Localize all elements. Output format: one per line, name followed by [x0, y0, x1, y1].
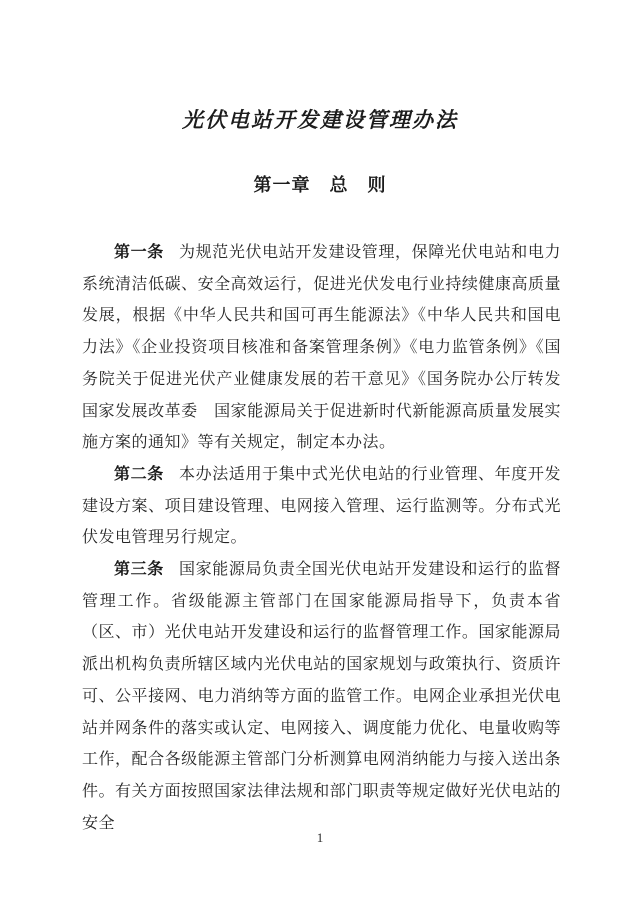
article-number: 第二条	[114, 466, 164, 483]
chapter-heading: 第一章 总 则	[0, 174, 640, 196]
article-paragraph: 第三条国家能源局负责全国光伏电站开发建设和运行的监督管理工作。省级能源主管部门在…	[82, 554, 561, 839]
document-page: 光伏电站开发建设管理办法 第一章 总 则 第一条为规范光伏电站开发建设管理，保障…	[0, 0, 640, 905]
article-text: 为规范光伏电站开发建设管理，保障光伏电站和电力系统清洁低碳、安全高效运行，促进光…	[82, 244, 561, 451]
article-text: 国家能源局负责全国光伏电站开发建设和运行的监督管理工作。省级能源主管部门在国家能…	[82, 561, 561, 832]
article-paragraph: 第二条本办法适用于集中式光伏电站的行业管理、年度开发建设方案、项目建设管理、电网…	[82, 459, 561, 554]
article-paragraph: 第一条为规范光伏电站开发建设管理，保障光伏电站和电力系统清洁低碳、安全高效运行，…	[82, 237, 561, 459]
document-title: 光伏电站开发建设管理办法	[0, 107, 640, 133]
document-body: 第一条为规范光伏电站开发建设管理，保障光伏电站和电力系统清洁低碳、安全高效运行，…	[82, 237, 561, 839]
article-number: 第一条	[114, 244, 164, 261]
article-number: 第三条	[114, 561, 164, 578]
page-number: 1	[0, 829, 640, 847]
